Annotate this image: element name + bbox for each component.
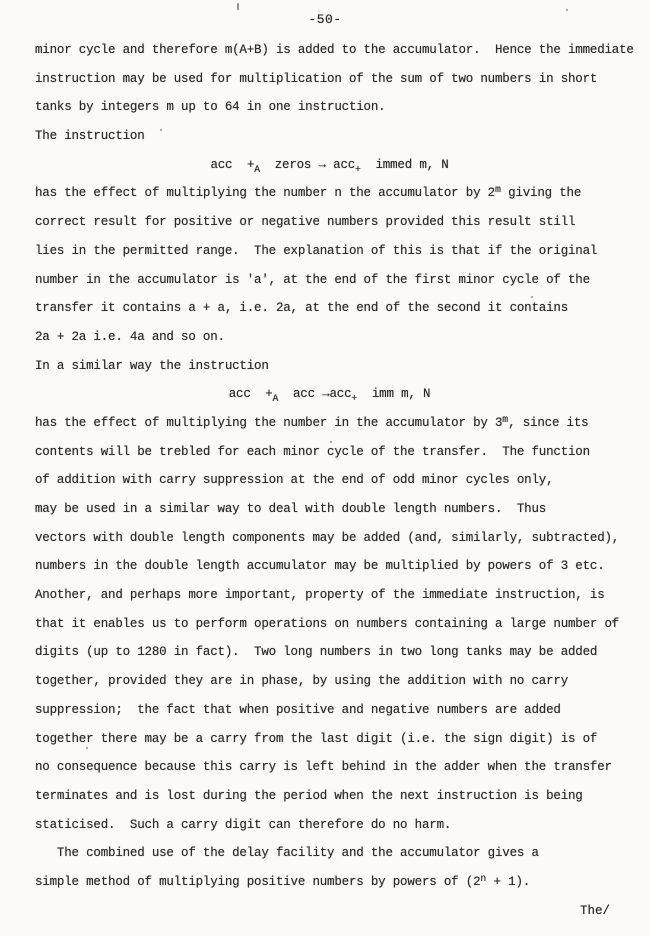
text-segment: number in the accumulator is 'a', at the… xyxy=(35,273,590,287)
text-line: has the effect of multiplying the number… xyxy=(35,179,624,208)
text-line: The instruction xyxy=(35,122,624,151)
continuation-marker: The/ xyxy=(35,897,624,926)
text-line: terminates and is lost during the period… xyxy=(35,782,624,811)
text-segment: numbers in the double length accumulator… xyxy=(35,559,605,573)
text-line: numbers in the double length accumulator… xyxy=(35,552,624,581)
text-segment: In a similar way the instruction xyxy=(35,359,269,373)
text-segment: no consequence because this carry is lef… xyxy=(35,760,612,774)
text-line: of addition with carry suppression at th… xyxy=(35,466,624,495)
text-segment: acc →acc xyxy=(278,387,351,401)
text-segment: The combined use of the delay facility a… xyxy=(35,846,539,860)
text-line: lies in the permitted range. The explana… xyxy=(35,237,624,266)
text-segment: minor cycle and therefore m(A+B) is adde… xyxy=(35,43,634,57)
text-line: minor cycle and therefore m(A+B) is adde… xyxy=(35,36,624,65)
text-segment: Another, and perhaps more important, pro… xyxy=(35,588,605,602)
scan-speck xyxy=(330,441,332,443)
text-line: digits (up to 1280 in fact). Two long nu… xyxy=(35,638,624,667)
text-line: The combined use of the delay facility a… xyxy=(35,839,624,868)
text-segment: staticised. Such a carry digit can there… xyxy=(35,818,451,832)
sup-segment: m xyxy=(502,414,508,425)
text-segment: together there may be a carry from the l… xyxy=(35,732,597,746)
sub-segment: A xyxy=(254,164,260,175)
text-line: tanks by integers m up to 64 in one inst… xyxy=(35,93,624,122)
text-segment: The instruction xyxy=(35,129,145,143)
text-line: number in the accumulator is 'a', at the… xyxy=(35,266,624,295)
text-line: correct result for positive or negative … xyxy=(35,208,624,237)
text-segment: acc + xyxy=(229,387,273,401)
text-line: simple method of multiplying positive nu… xyxy=(35,868,624,897)
text-line: In a similar way the instruction xyxy=(35,352,624,381)
text-line: transfer it contains a + a, i.e. 2a, at … xyxy=(35,294,624,323)
sub-segment: + xyxy=(351,393,357,404)
text-segment: has the effect of multiplying the number… xyxy=(35,186,495,200)
scan-speck xyxy=(612,620,614,623)
text-line: staticised. Such a carry digit can there… xyxy=(35,811,624,840)
formula-line: acc +A acc →acc+ imm m, N xyxy=(35,380,624,409)
text-segment: zeros → acc xyxy=(260,158,355,172)
sub-segment: + xyxy=(355,164,361,175)
text-segment: , since its xyxy=(508,416,588,430)
text-segment: of addition with carry suppression at th… xyxy=(35,473,553,487)
document-body: minor cycle and therefore m(A+B) is adde… xyxy=(35,36,624,925)
sub-segment: A xyxy=(273,393,279,404)
text-segment: simple method of multiplying positive nu… xyxy=(35,875,480,889)
text-line: instruction may be used for multiplicati… xyxy=(35,65,624,94)
text-segment: 2a + 2a i.e. 4a and so on. xyxy=(35,330,225,344)
text-segment: suppression; the fact that when positive… xyxy=(35,703,561,717)
text-segment: contents will be trebled for each minor … xyxy=(35,445,590,459)
scan-speck xyxy=(86,747,88,749)
text-line: may be used in a similar way to deal wit… xyxy=(35,495,624,524)
text-segment: digits (up to 1280 in fact). Two long nu… xyxy=(35,645,597,659)
sup-segment: m xyxy=(495,184,501,195)
scan-speck xyxy=(160,129,162,131)
text-segment: + 1). xyxy=(486,875,530,889)
text-segment: terminates and is lost during the period… xyxy=(35,789,583,803)
text-segment: vectors with double length components ma… xyxy=(35,531,619,545)
document-page: -50- minor cycle and therefore m(A+B) is… xyxy=(0,0,650,936)
text-segment: that it enables us to perform operations… xyxy=(35,617,619,631)
text-line: suppression; the fact that when positive… xyxy=(35,696,624,725)
text-segment: may be used in a similar way to deal wit… xyxy=(35,502,546,516)
text-line: together, provided they are in phase, by… xyxy=(35,667,624,696)
scan-speck xyxy=(566,9,568,11)
text-segment: correct result for positive or negative … xyxy=(35,215,575,229)
text-segment: lies in the permitted range. The explana… xyxy=(35,244,597,258)
text-line: no consequence because this carry is lef… xyxy=(35,753,624,782)
text-line: together there may be a carry from the l… xyxy=(35,725,624,754)
text-segment: transfer it contains a + a, i.e. 2a, at … xyxy=(35,301,568,315)
text-segment: tanks by integers m up to 64 in one inst… xyxy=(35,100,385,114)
text-segment: together, provided they are in phase, by… xyxy=(35,674,568,688)
formula-line: acc +A zeros → acc+ immed m, N xyxy=(35,151,624,180)
text-line: vectors with double length components ma… xyxy=(35,524,624,553)
text-segment: instruction may be used for multiplicati… xyxy=(35,72,597,86)
page-number: -50- xyxy=(0,12,650,27)
text-segment: has the effect of multiplying the number… xyxy=(35,416,502,430)
text-line: has the effect of multiplying the number… xyxy=(35,409,624,438)
text-segment: imm m, N xyxy=(357,387,430,401)
text-line: 2a + 2a i.e. 4a and so on. xyxy=(35,323,624,352)
text-line: Another, and perhaps more important, pro… xyxy=(35,581,624,610)
text-segment: giving the xyxy=(501,186,581,200)
text-segment: immed m, N xyxy=(361,158,449,172)
text-segment: acc + xyxy=(210,158,254,172)
text-line: that it enables us to perform operations… xyxy=(35,610,624,639)
sup-segment: n xyxy=(480,873,486,884)
scan-speck xyxy=(237,3,239,10)
scan-speck xyxy=(531,296,533,298)
